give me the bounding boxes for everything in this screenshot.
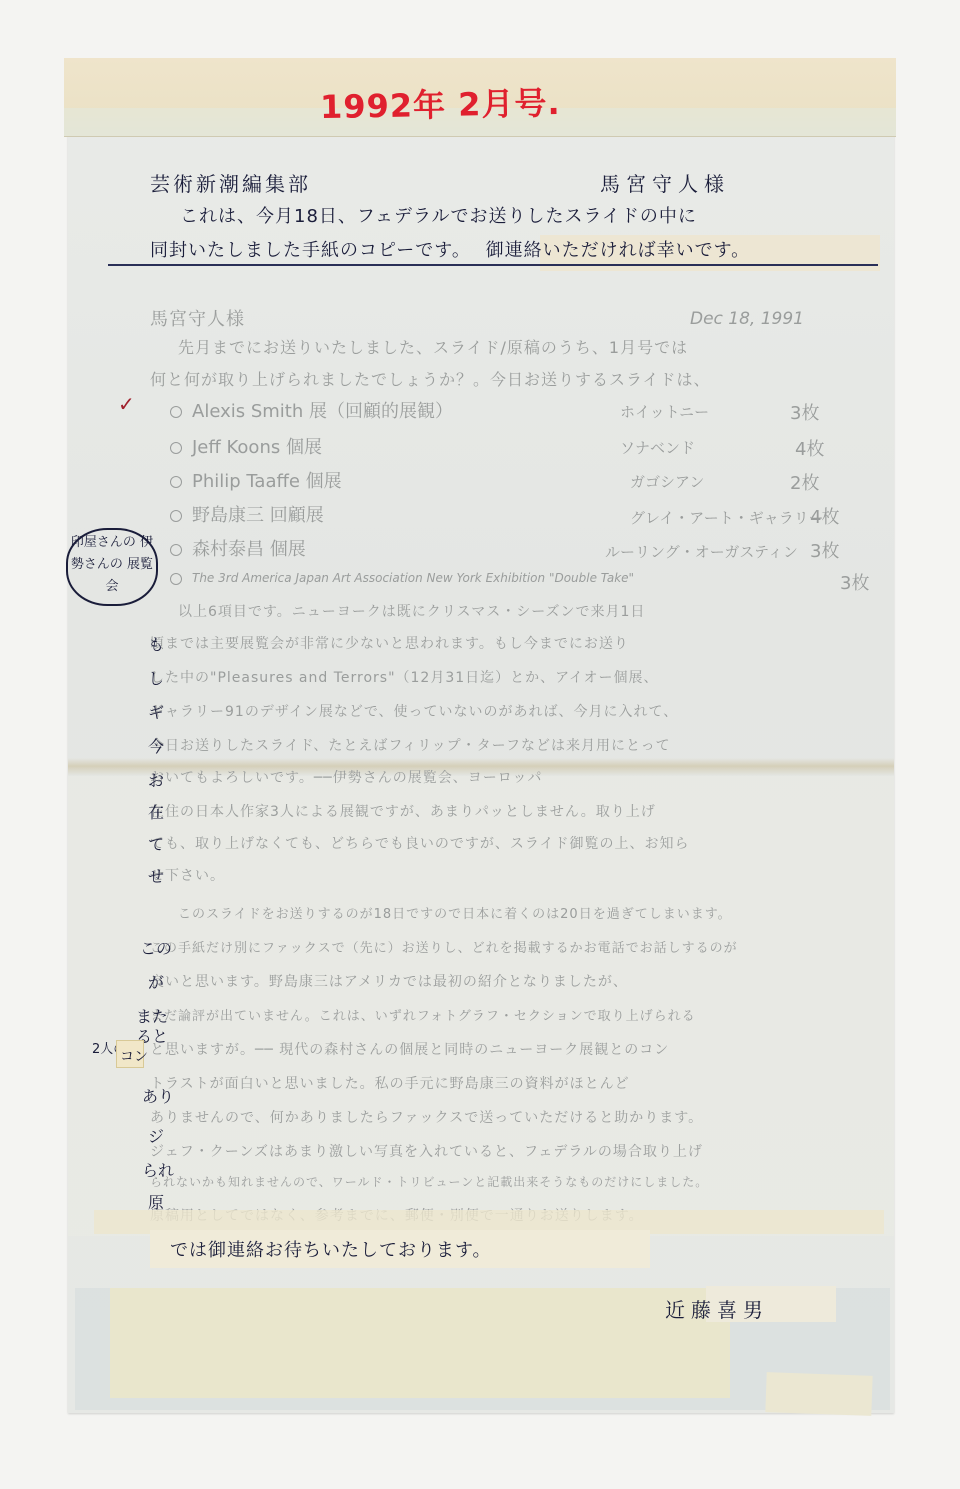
margin-char: が — [148, 970, 164, 993]
bullet-icon — [170, 476, 182, 488]
margin-char: て — [148, 832, 164, 855]
list-gallery: ソナベンド — [620, 437, 695, 458]
intro-line-2: 同封いたしました手紙のコピーです。 御連絡いただければ幸いです。 — [150, 236, 750, 262]
para3-line: と思いますが。── 現代の森村さんの個展と同時のニューヨーク展観とのコン — [150, 1039, 669, 1059]
margin-char: し — [148, 666, 164, 689]
para2-line: 頃までは主要展覧会が非常に少ないと思われます。もし今までにお送り — [150, 633, 629, 653]
list-item: Alexis Smith 展（回顧的展観） — [170, 397, 453, 423]
divider-rule — [108, 264, 878, 266]
list-item: 森村泰昌 個展 — [170, 535, 306, 561]
list-count: 4枚 — [795, 435, 824, 461]
list-gallery: グレイ・アート・ギャラリー — [630, 507, 824, 528]
recipient-person: 馬宮守人様 — [600, 168, 730, 197]
para3-line: られないかも知れませんので、ワールド・トリビューンと記載出来そうなものだけにしま… — [150, 1173, 708, 1190]
para1-line: 先月までにお送りいたしました、スライド/原稿のうち、1月号では — [178, 335, 688, 358]
intro-line-1: これは、今月18日、フェデラルでお送りしたスライドの中に — [180, 202, 697, 228]
bullet-icon — [170, 406, 182, 418]
margin-char: られ — [142, 1158, 174, 1181]
para3-line: ジェフ・クーンズはあまり激しい写真を入れていると、フェデラルの場合取り上げ — [150, 1141, 703, 1161]
closing-line: では御連絡お待ちいたしております。 — [170, 1236, 492, 1262]
para1-line: 何と何が取り上げられましたでしょうか？。今日お送りするスライドは、 — [150, 367, 711, 390]
para2-line: おいてもよろしいです。──伊勢さんの展覧会、ヨーロッパ — [150, 767, 542, 787]
red-check-mark-icon: ✓ — [118, 392, 135, 416]
para2-line: 以上6項目です。ニューヨークは既にクリスマス・シーズンで来月1日 — [178, 601, 645, 621]
margin-char: せ — [148, 864, 164, 887]
list-item: The 3rd America Japan Art Association Ne… — [170, 571, 634, 585]
list-item: 野島康三 回顧展 — [170, 501, 324, 527]
list-count: 3枚 — [810, 537, 839, 563]
intro-highlight: 御連絡いただければ幸いです。 — [486, 240, 751, 261]
para2-line: ギャラリー91のデザイン展などで、使っていないのがあれば、今月に入れて、 — [150, 701, 678, 721]
para3-line: 良いと思います。野島康三はアメリカでは最初の紹介となりましたが、 — [150, 971, 628, 991]
para3-line: まだ論評が出ていません。これは、いずれフォトグラフ・セクションで取り上げられる — [150, 1005, 696, 1024]
para2-line: した中の"Pleasures and Terrors"（12月31日迄）とか、ア… — [150, 667, 658, 687]
margin-char: ギ — [148, 700, 164, 723]
salutation: 馬宮守人様 — [150, 305, 245, 331]
bullet-icon — [170, 573, 182, 585]
para3-line: このスライドをお送りするのが18日ですので日本に着くのは20日を過ぎてしまいます… — [178, 903, 732, 922]
margin-char: あり — [142, 1084, 174, 1107]
recipient-department: 芸術新潮編集部 — [150, 168, 311, 197]
list-item: Philip Taaffe 個展 — [170, 467, 342, 493]
bullet-icon — [170, 544, 182, 556]
margin-char: 今 — [148, 734, 164, 757]
list-gallery: ルーリング・オーガスティン — [605, 541, 798, 562]
list-count: 2枚 — [790, 469, 819, 495]
bullet-icon — [170, 510, 182, 522]
small-tape — [765, 1372, 872, 1416]
para3-line: ありませんので、何かありましたらファックスで送っていただけると助かります。 — [150, 1107, 703, 1127]
bottom-tape — [110, 1288, 730, 1398]
list-gallery: ホイットニー — [620, 401, 709, 422]
margin-char: この — [140, 936, 172, 959]
margin-char: コン — [120, 1046, 148, 1066]
margin-note-bubble: 印屋さんの 伊勢さんの 展覧会 — [66, 528, 158, 606]
para3-line: トラストが面白いと思いました。私の手元に野島康三の資料がほとんど — [150, 1073, 630, 1093]
list-item: Jeff Koons 個展 — [170, 433, 322, 459]
letter-date: Dec 18, 1991 — [690, 309, 804, 329]
margin-char: 在 — [148, 800, 164, 823]
bullet-icon — [170, 442, 182, 454]
signature: 近藤喜男 — [665, 1294, 769, 1323]
para2-line: 今日お送りしたスライド、たとえばフィリップ・ターフなどは来月用にとって — [150, 735, 671, 755]
para3-line: この手紙だけ別にファックスで（先に）お送りし、どれを掲載するかお電話でお話しする… — [150, 937, 738, 956]
list-count: 4枚 — [810, 503, 839, 529]
para2-line: 在住の日本人作家3人による展観ですが、あまりパッとしません。取り上げ — [150, 801, 656, 821]
issue-note: 1992年 2月号. — [320, 78, 561, 128]
para2-line: ても、取り上げなくても、どちらでも良いのですが、スライド御覧の上、お知ら — [150, 833, 689, 853]
margin-char: お — [148, 768, 164, 791]
list-count: 3枚 — [840, 569, 869, 595]
list-count: 3枚 — [790, 399, 819, 425]
list-gallery: ガゴシアン — [630, 471, 704, 492]
margin-char: ジ — [148, 1124, 164, 1147]
margin-char: も — [148, 632, 164, 655]
